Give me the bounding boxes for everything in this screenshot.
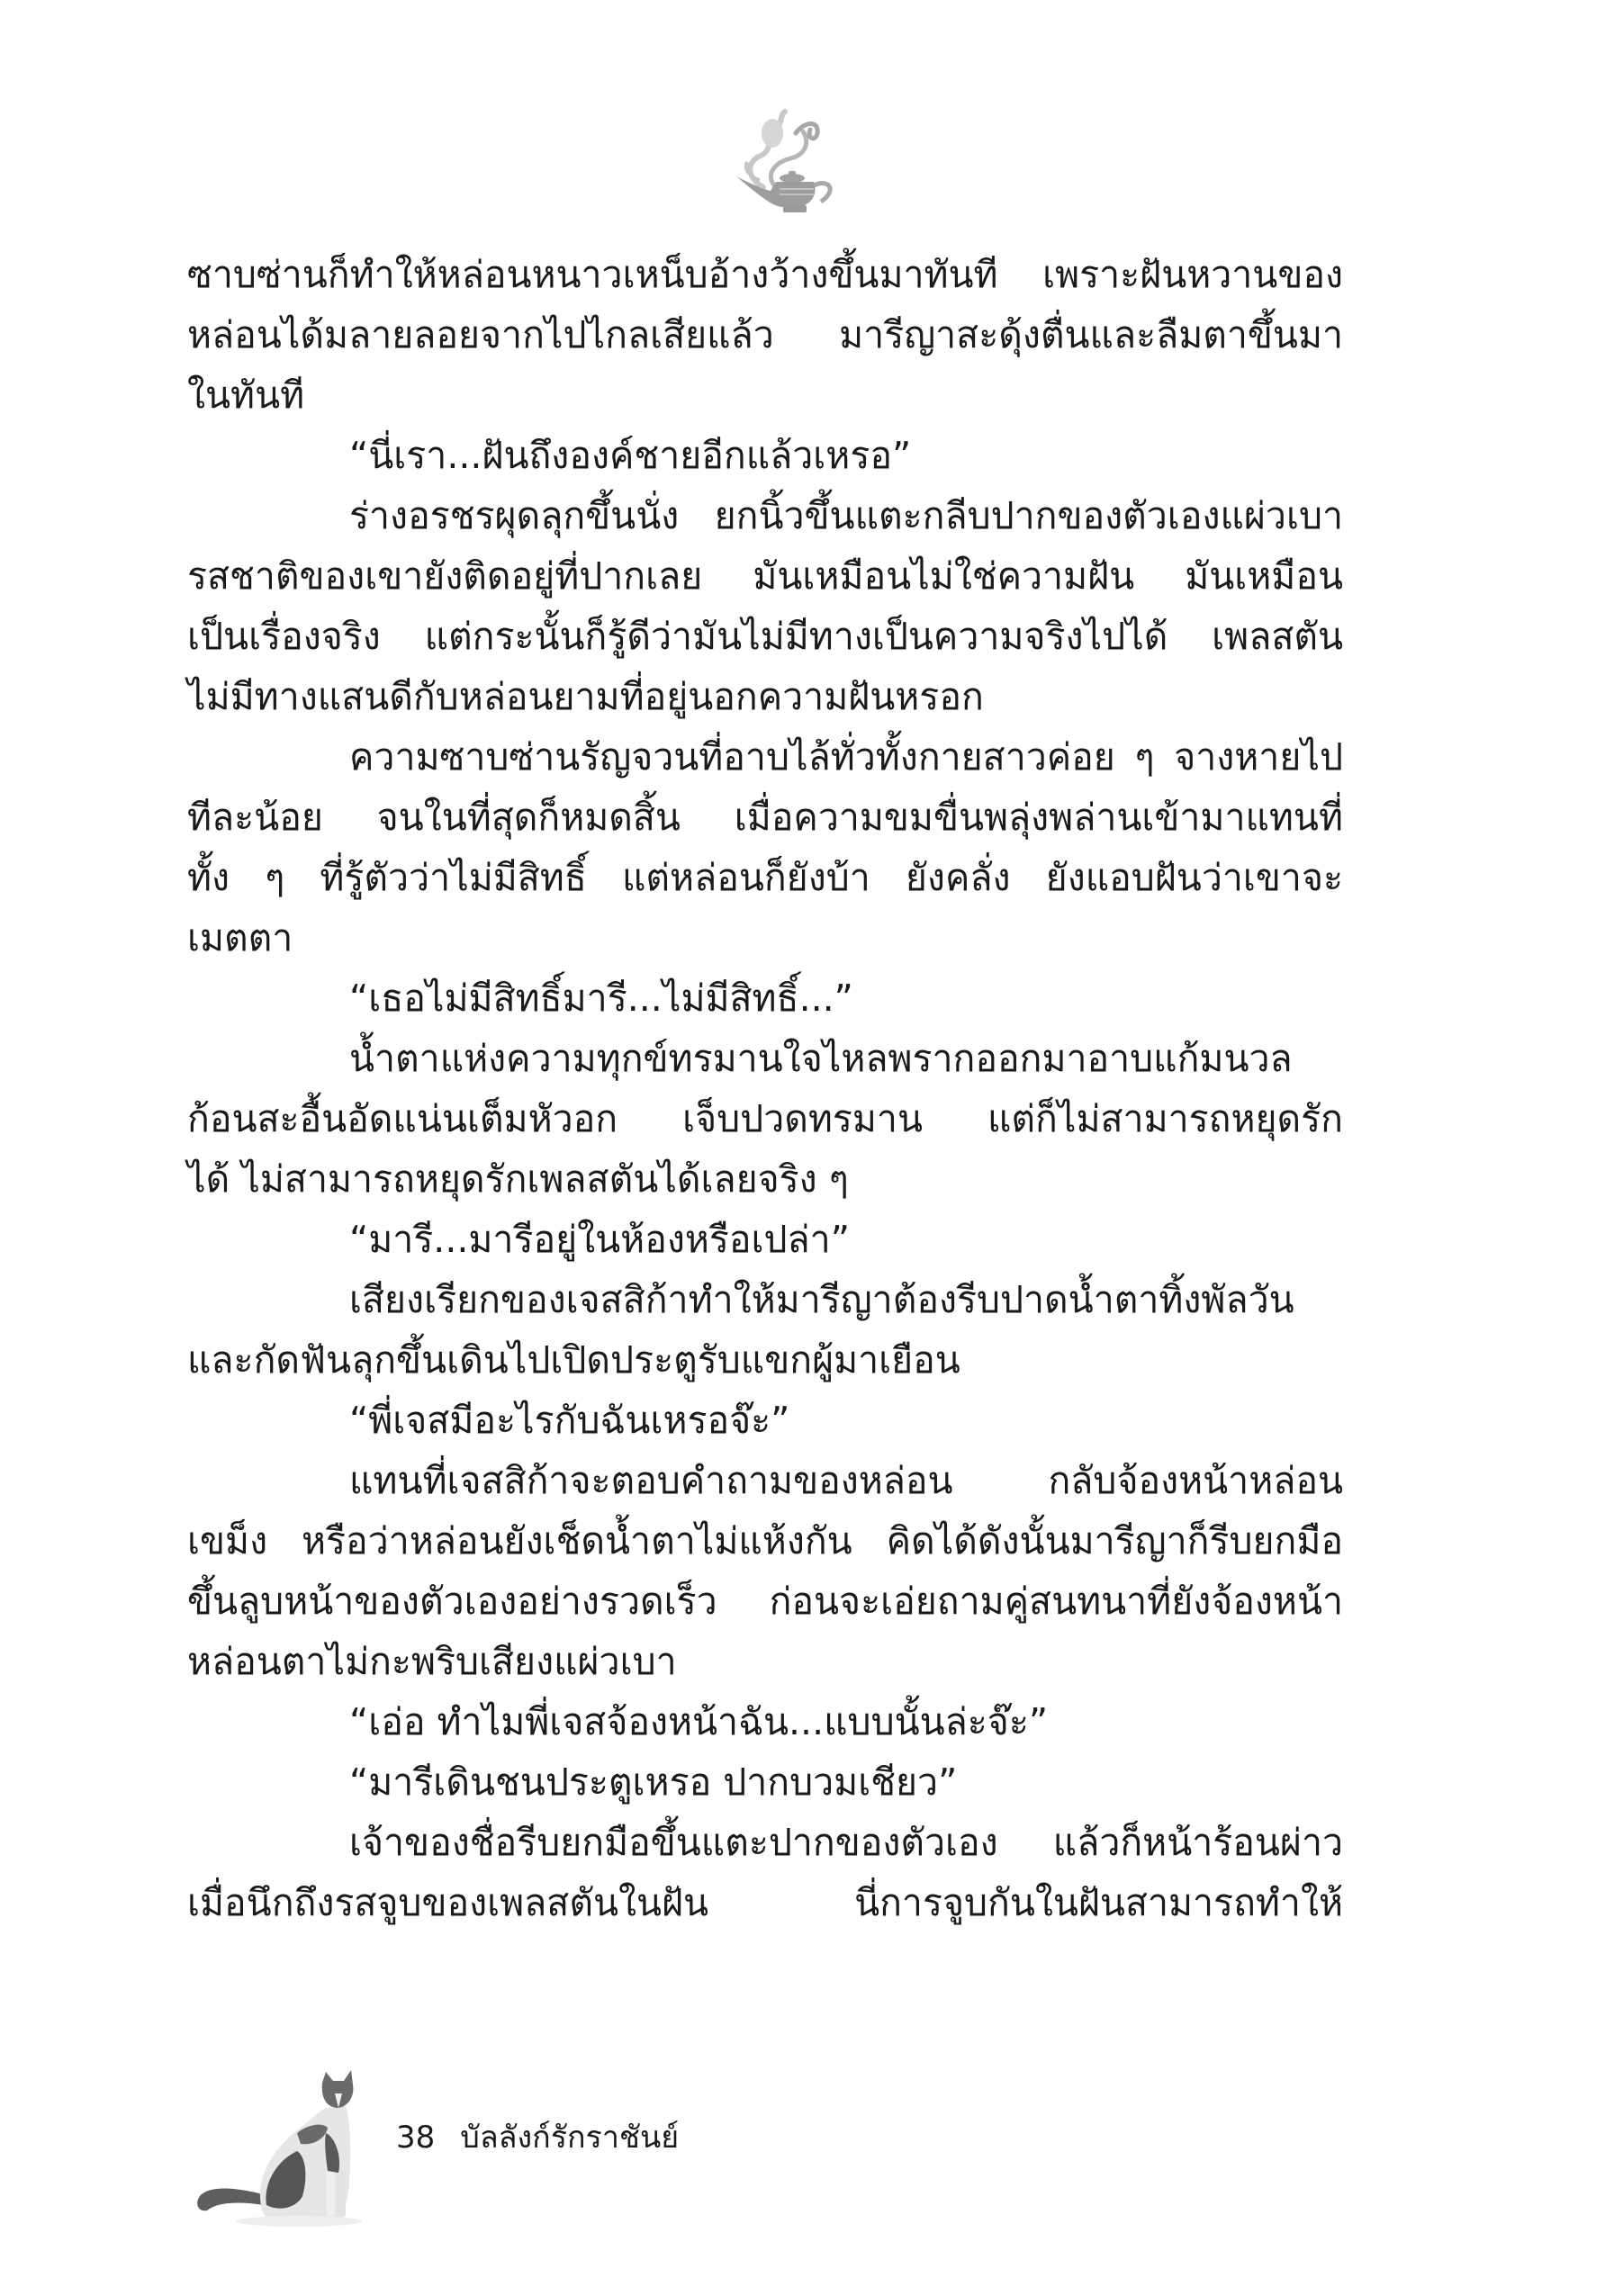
paragraph-start-line: เสียงเรียกของเจสสิก้าทำให้มารีญาต้องรีบป…: [187, 1270, 1343, 1330]
dialogue-line: “เธอไม่มีสิทธิ์มารี...ไม่มีสิทธิ์...”: [187, 968, 1343, 1029]
cat-illustration-icon: [191, 2070, 398, 2232]
text-line: รสชาติของเขายังติดอยู่ที่ปากเลย มันเหมือ…: [187, 546, 1343, 607]
text-line: ในทันที: [187, 365, 1343, 426]
dialogue-line: “เอ่อ ทำไมพี่เจสจ้องหน้าฉัน...แบบนั้นล่ะ…: [187, 1692, 1343, 1752]
text-line: เป็นเรื่องจริง แต่กระนั้นก็รู้ดีว่ามันไม…: [187, 607, 1343, 667]
folio: 38บัลลังก์รักราชันย์: [396, 2120, 679, 2156]
text-line: ไม่มีทางแสนดีกับหล่อนยามที่อยู่นอกความฝั…: [187, 667, 1343, 727]
text-line: ทีละน้อย จนในที่สุดก็หมดสิ้น เมื่อความขม…: [187, 788, 1343, 848]
page-number: 38: [396, 2120, 435, 2156]
dialogue-line: “พี่เจสมีอะไรกับฉันเหรอจ๊ะ”: [187, 1391, 1343, 1451]
book-title: บัลลังก์รักราชันย์: [460, 2120, 679, 2156]
text-line: เมื่อนึกถึงรสจูบของเพลสตันในฝัน นี่การจู…: [187, 1873, 1343, 1933]
text-line: หล่อนตาไม่กะพริบเสียงแผ่วเบา: [187, 1632, 1343, 1692]
text-line: ขึ้นลูบหน้าของตัวเองอย่างรวดเร็ว ก่อนจะเ…: [187, 1571, 1343, 1632]
text-line: ก้อนสะอื้นอัดแน่นเต็มหัวอก เจ็บปวดทรมาน …: [187, 1089, 1343, 1149]
text-line: หล่อนได้มลายลอยจากไปไกลเสียแล้ว มารีญาสะ…: [187, 305, 1343, 365]
dialogue-line: “นี่เรา...ฝันถึงองค์ชายอีกแล้วเหรอ”: [187, 426, 1343, 486]
text-line: เขม็ง หรือว่าหล่อนยังเช็ดน้ำตาไม่แห้งกัน…: [187, 1511, 1343, 1571]
paragraph-start-line: ความซาบซ่านรัญจวนที่อาบไล้ทั่วทั้งกายสาว…: [187, 727, 1343, 788]
page-footer: 38บัลลังก์รักราชันย์: [180, 2070, 990, 2241]
dialogue-line: “มารี...มารีอยู่ในห้องหรือเปล่า”: [187, 1210, 1343, 1270]
text-line: เมตตา: [187, 908, 1343, 968]
paragraph-start-line: เจ้าของชื่อรีบยกมือขึ้นแตะปากของตัวเอง แ…: [187, 1813, 1343, 1873]
genie-lamp-icon: [720, 106, 855, 214]
book-page: ซาบซ่านก็ทำให้หล่อนหนาวเหน็บอ้างว้างขึ้น…: [0, 0, 1605, 2296]
text-line: และกัดฟันลุกขึ้นเดินไปเปิดประตูรับแขกผู้…: [187, 1330, 1343, 1391]
paragraph-start-line: แทนที่เจสสิก้าจะตอบคำถามของหล่อน กลับจ้อ…: [187, 1451, 1343, 1511]
text-line: ทั้ง ๆ ที่รู้ตัวว่าไม่มีสิทธิ์ แต่หล่อนก…: [187, 848, 1343, 908]
paragraph-start-line: น้ำตาแห่งความทุกข์ทรมานใจไหลพรากออกมาอาบ…: [187, 1029, 1343, 1089]
dialogue-line: “มารีเดินชนประตูเหรอ ปากบวมเชียว”: [187, 1752, 1343, 1813]
text-line: ซาบซ่านก็ทำให้หล่อนหนาวเหน็บอ้างว้างขึ้น…: [187, 245, 1343, 305]
text-line: ได้ ไม่สามารถหยุดรักเพลสตันได้เลยจริง ๆ: [187, 1149, 1343, 1210]
paragraph-start-line: ร่างอรชรผุดลุกขึ้นนั่ง ยกนิ้วขึ้นแตะกลีบ…: [187, 486, 1343, 546]
body-text: ซาบซ่านก็ทำให้หล่อนหนาวเหน็บอ้างว้างขึ้น…: [187, 245, 1343, 1933]
